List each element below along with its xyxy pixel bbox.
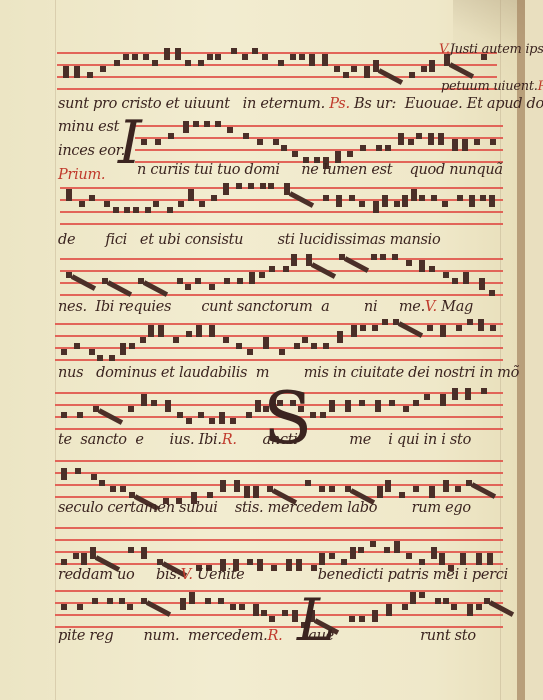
neume-note	[435, 598, 441, 604]
neume-note	[141, 394, 147, 400]
neume-note	[351, 331, 357, 337]
neume-note	[77, 604, 83, 610]
neume-note	[460, 559, 466, 565]
text-segment: rum ego	[377, 500, 471, 516]
neume-note	[323, 195, 329, 201]
neume-note	[345, 400, 351, 406]
neume-note	[343, 72, 349, 78]
neume-note	[479, 278, 485, 284]
staff-line	[55, 460, 503, 462]
neume-note	[413, 400, 419, 406]
neume-note	[380, 254, 386, 260]
neume-note	[389, 400, 395, 406]
neume-note	[252, 48, 258, 54]
neume-note	[186, 331, 192, 337]
neume-note	[329, 406, 335, 412]
neume-note	[319, 559, 325, 565]
neume-note	[440, 331, 446, 337]
text-segment: sti lucidissimas mansio	[243, 232, 440, 248]
neume-note	[467, 604, 473, 610]
neume-note	[467, 319, 473, 325]
neume-note	[480, 195, 486, 201]
text-segment: de	[58, 232, 75, 248]
neume-note	[100, 66, 106, 72]
neume-note	[336, 201, 342, 207]
neume-note	[428, 139, 434, 145]
neume-note	[443, 480, 449, 486]
neume-note	[209, 418, 215, 424]
neume-note	[375, 400, 381, 406]
neume-note	[188, 189, 194, 195]
neume-note	[319, 486, 325, 492]
neume-note	[61, 412, 67, 418]
text-segment: ne lumen est	[280, 162, 393, 178]
neume-note	[196, 331, 202, 337]
neume-note	[382, 201, 388, 207]
neume-note	[345, 406, 351, 412]
neume-note	[248, 183, 254, 189]
rubric-v: V.	[439, 42, 450, 57]
neume-note	[104, 201, 110, 207]
neume-note	[87, 72, 93, 78]
neume-note	[349, 195, 355, 201]
neume-note	[249, 272, 255, 278]
neume-note	[61, 468, 67, 474]
neume-note	[428, 133, 434, 139]
neume-note	[358, 547, 364, 553]
text-segment: nes.	[58, 299, 87, 315]
text-segment: V.	[181, 567, 193, 583]
neume-note	[90, 547, 96, 553]
neume-note	[198, 60, 204, 66]
neume-note	[322, 60, 328, 66]
neume-note	[386, 604, 392, 610]
neume-note	[73, 553, 79, 559]
neume-note	[113, 207, 119, 213]
neume-note	[158, 331, 164, 337]
neume-note	[257, 559, 263, 565]
neume-note	[220, 480, 226, 486]
neume-note	[175, 48, 181, 54]
neume-note	[476, 559, 482, 565]
neume-note	[223, 189, 229, 195]
neume-note	[263, 337, 269, 343]
neume-note	[322, 54, 328, 60]
neume-note	[476, 604, 482, 610]
neume-note	[249, 278, 255, 284]
text-segment: me i qui in i sto	[298, 432, 471, 448]
staff-line	[57, 88, 497, 90]
text-segment: Ibi.	[194, 432, 221, 448]
staff-line	[57, 76, 497, 78]
text-segment: et ubi consistu	[127, 232, 243, 248]
text-segment: pite reg	[58, 628, 113, 644]
neume-note	[61, 349, 67, 355]
neume-note	[429, 266, 435, 272]
neume-note	[177, 412, 183, 418]
neume-note	[375, 406, 381, 412]
neume-note	[292, 151, 298, 157]
text-segment: cunt sanctorum a	[171, 299, 329, 315]
neume-note	[334, 66, 340, 72]
neume-note	[474, 139, 480, 145]
staff-line	[60, 187, 503, 189]
neume-note	[460, 553, 466, 559]
neume-note	[110, 486, 116, 492]
neume-note	[253, 492, 259, 498]
text-segment: benedicti patris mei i perci	[244, 567, 508, 583]
text-line-7: seculo certamen subui stis. mercedem lab…	[58, 500, 471, 516]
neume-note	[148, 331, 154, 337]
neume-note	[223, 183, 229, 189]
text-segment: ancti	[237, 432, 298, 448]
staff-line	[135, 137, 503, 139]
neume-note	[175, 54, 181, 60]
neume-note	[377, 492, 383, 498]
neume-note	[370, 541, 376, 547]
neume-note	[220, 486, 226, 492]
neume-note	[99, 480, 105, 486]
neume-note	[178, 201, 184, 207]
neume-note	[419, 195, 425, 201]
neume-note	[209, 331, 215, 337]
neume-note	[299, 54, 305, 60]
neume-note	[452, 388, 458, 394]
neume-note	[373, 60, 379, 66]
neume-note	[394, 201, 400, 207]
text-segment: R.	[267, 628, 282, 644]
neume-note	[141, 553, 147, 559]
neume-note	[230, 604, 236, 610]
text-segment: inces eor.	[58, 143, 125, 159]
neume-note	[291, 254, 297, 260]
neume-note	[371, 254, 377, 260]
text-line-2: n curiis tui tuo domi ne lumen est quod …	[137, 162, 503, 178]
neume-note	[219, 412, 225, 418]
neume-note	[281, 145, 287, 151]
staff-line	[55, 472, 503, 474]
neume-note	[487, 559, 493, 565]
neume-note	[410, 592, 416, 598]
neume-note	[489, 290, 495, 296]
neume-note	[419, 592, 425, 598]
neume-note	[259, 272, 265, 278]
neume-note	[438, 139, 444, 145]
neume-note	[81, 553, 87, 559]
text-segment: Ps.	[325, 96, 350, 112]
text-segment: te sancto e	[58, 432, 144, 448]
neume-note	[410, 598, 416, 604]
neume-note	[257, 139, 263, 145]
neume-note	[239, 604, 245, 610]
staff-line	[55, 563, 503, 565]
neume-note	[253, 486, 259, 492]
neume-note	[198, 412, 204, 418]
neume-note	[376, 145, 382, 151]
neume-note	[431, 553, 437, 559]
neume-note	[402, 604, 408, 610]
neume-note	[411, 195, 417, 201]
neume-note	[261, 610, 267, 616]
neume-note	[231, 48, 237, 54]
neume-note	[133, 207, 139, 213]
text-line-6: te sancto e ius. Ibi.R. ancti me i qui i…	[58, 432, 471, 448]
neume-note	[413, 486, 419, 492]
neume-note	[195, 278, 201, 284]
neume-note	[373, 207, 379, 213]
neume-note	[185, 284, 191, 290]
neume-note	[419, 260, 425, 266]
neume-note	[230, 418, 236, 424]
neume-note	[443, 598, 449, 604]
neume-note	[243, 133, 249, 139]
text-segment: R.	[222, 432, 237, 448]
neume-note	[419, 266, 425, 272]
neume-note	[347, 151, 353, 157]
staff	[55, 590, 503, 630]
neume-note	[207, 54, 213, 60]
neume-note	[478, 325, 484, 331]
text-line-8: reddam uo bis.V. Uenite benedicti patris…	[58, 567, 508, 583]
neume-note	[177, 278, 183, 284]
neume-note	[92, 598, 98, 604]
text-segment: sunt pro cristo et uiuunt	[58, 96, 230, 112]
staff-line	[55, 527, 503, 529]
text-line-3: de fici et ubi consistu sti lucidissimas…	[58, 232, 440, 248]
neume-note	[234, 486, 240, 492]
text-segment: V.	[425, 299, 437, 315]
neume-note	[77, 412, 83, 418]
staff-line	[55, 323, 503, 325]
neume-note	[440, 400, 446, 406]
neume-note	[351, 325, 357, 331]
neume-note	[359, 201, 365, 207]
neume-note	[394, 547, 400, 553]
neume-note	[120, 343, 126, 349]
neume-note	[452, 394, 458, 400]
neume-note	[220, 559, 226, 565]
neume-note	[341, 559, 347, 565]
text-segment: mercedem labo	[263, 500, 377, 516]
staff-line	[55, 614, 503, 616]
neume-note	[386, 610, 392, 616]
neume-note	[284, 183, 290, 189]
neume-note	[253, 604, 259, 610]
text-segment: stis.	[218, 500, 264, 516]
neume-note	[452, 139, 458, 145]
neume-note	[124, 207, 130, 213]
neume-note	[180, 604, 186, 610]
neume-note	[364, 72, 370, 78]
staff-line	[135, 125, 503, 127]
neume-note	[120, 486, 126, 492]
neume-note	[191, 492, 197, 498]
neume-note	[165, 406, 171, 412]
text-segment: Mag	[437, 299, 473, 315]
text-segment: runt sto	[334, 628, 476, 644]
neume-note	[253, 610, 259, 616]
neume-note	[143, 54, 149, 60]
neume-note	[439, 559, 445, 565]
neume-note	[336, 195, 342, 201]
neume-note	[260, 183, 266, 189]
text-segment: n curiis tui tuo domi	[137, 162, 280, 178]
neume-note	[359, 616, 365, 622]
neume-note	[61, 559, 67, 565]
neume-note	[323, 343, 329, 349]
neume-note	[478, 319, 484, 325]
neume-note	[442, 201, 448, 207]
neume-note	[403, 406, 409, 412]
neume-note	[469, 201, 475, 207]
neume-note	[215, 54, 221, 60]
neume-note	[286, 559, 292, 565]
neume-note	[209, 325, 215, 331]
neume-note	[141, 400, 147, 406]
staff-line	[60, 258, 503, 260]
text-segment: Bs ur: Euouae.	[350, 96, 463, 112]
neume-note	[329, 553, 335, 559]
text-segment: in eternum.	[230, 96, 325, 112]
neume-note	[109, 355, 115, 361]
neume-note	[246, 412, 252, 418]
neume-note	[296, 559, 302, 565]
neume-note	[490, 325, 496, 331]
neume-note	[479, 284, 485, 290]
neume-note	[158, 325, 164, 331]
neume-note	[155, 139, 161, 145]
neume-note	[311, 343, 317, 349]
text-line-margin-c: Prium.	[58, 167, 105, 183]
neume-note	[207, 492, 213, 498]
neume-note	[306, 254, 312, 260]
neume-note	[128, 547, 134, 553]
neume-note	[451, 604, 457, 610]
neume-note	[309, 60, 315, 66]
neume-note	[153, 201, 159, 207]
neume-note	[79, 201, 85, 207]
neume-note	[431, 547, 437, 553]
neume-note	[204, 121, 210, 127]
neume-note	[196, 325, 202, 331]
neume-note	[350, 553, 356, 559]
neume-note	[463, 278, 469, 284]
neume-note	[456, 325, 462, 331]
neume-note	[123, 54, 129, 60]
text-segment: minu est	[58, 119, 119, 135]
neume-note	[180, 598, 186, 604]
neume-note	[63, 72, 69, 78]
neume-note	[66, 189, 72, 195]
text-line-9: pite reg num. mercedem.R. aue runt sto	[58, 628, 476, 644]
neume-note	[489, 195, 495, 201]
neume-note	[227, 127, 233, 133]
neume-note	[183, 121, 189, 127]
neume-note	[233, 559, 239, 565]
neume-note	[218, 598, 224, 604]
neume-note	[329, 400, 335, 406]
neume-note	[236, 183, 242, 189]
neume-note	[186, 418, 192, 424]
neume-note	[185, 60, 191, 66]
neume-note	[309, 54, 315, 60]
neume-note	[247, 349, 253, 355]
neume-note	[74, 343, 80, 349]
neume-note	[211, 195, 217, 201]
neume-note	[129, 343, 135, 349]
staff-line	[55, 590, 503, 592]
neume-note	[467, 610, 473, 616]
neume-note	[424, 394, 430, 400]
neume-note	[452, 145, 458, 151]
neume-note	[269, 266, 275, 272]
neume-note	[63, 66, 69, 72]
text-segment: nus	[58, 365, 83, 381]
neume-note	[244, 486, 250, 492]
neume-note	[360, 325, 366, 331]
neume-note	[399, 492, 405, 498]
neume-note	[364, 66, 370, 72]
neume-note	[382, 195, 388, 201]
neume-note	[416, 133, 422, 139]
neume-note	[205, 598, 211, 604]
neume-note	[242, 54, 248, 60]
neume-note	[263, 343, 269, 349]
staff-line	[60, 223, 503, 225]
neume-note	[91, 474, 97, 480]
text-segment: aue	[282, 628, 334, 644]
neume-note	[385, 486, 391, 492]
neume-note	[145, 207, 151, 213]
neume-note	[438, 133, 444, 139]
neume-note	[431, 195, 437, 201]
neume-note	[61, 474, 67, 480]
neume-note	[120, 349, 126, 355]
text-segment: Et apud do	[462, 96, 543, 112]
neume-note	[359, 400, 365, 406]
neume-note	[402, 201, 408, 207]
neume-note	[419, 559, 425, 565]
neume-note	[469, 195, 475, 201]
neume-note	[377, 486, 383, 492]
neume-note	[107, 598, 113, 604]
neume-note	[411, 189, 417, 195]
neume-note	[152, 60, 158, 66]
neume-note	[373, 201, 379, 207]
neume-note	[291, 260, 297, 266]
text-line-4: nes. Ibi requies cunt sanctorum a ni me.…	[58, 299, 473, 315]
neume-note	[224, 278, 230, 284]
neume-note	[335, 151, 341, 157]
neume-note	[302, 337, 308, 343]
neume-note	[440, 325, 446, 331]
neume-note	[75, 468, 81, 474]
text-segment: Uenite	[193, 567, 245, 583]
neume-note	[476, 553, 482, 559]
text-segment: dominus et laudabilis m	[83, 365, 269, 381]
neume-note	[273, 139, 279, 145]
neume-note	[119, 598, 125, 604]
neume-note	[215, 121, 221, 127]
neume-note	[81, 559, 87, 565]
text-line-margin-a: minu est	[58, 119, 119, 135]
neume-note	[481, 388, 487, 394]
neume-note	[487, 553, 493, 559]
neume-note	[452, 278, 458, 284]
neume-note	[305, 480, 311, 486]
neume-note	[114, 60, 120, 66]
neume-note	[463, 272, 469, 278]
